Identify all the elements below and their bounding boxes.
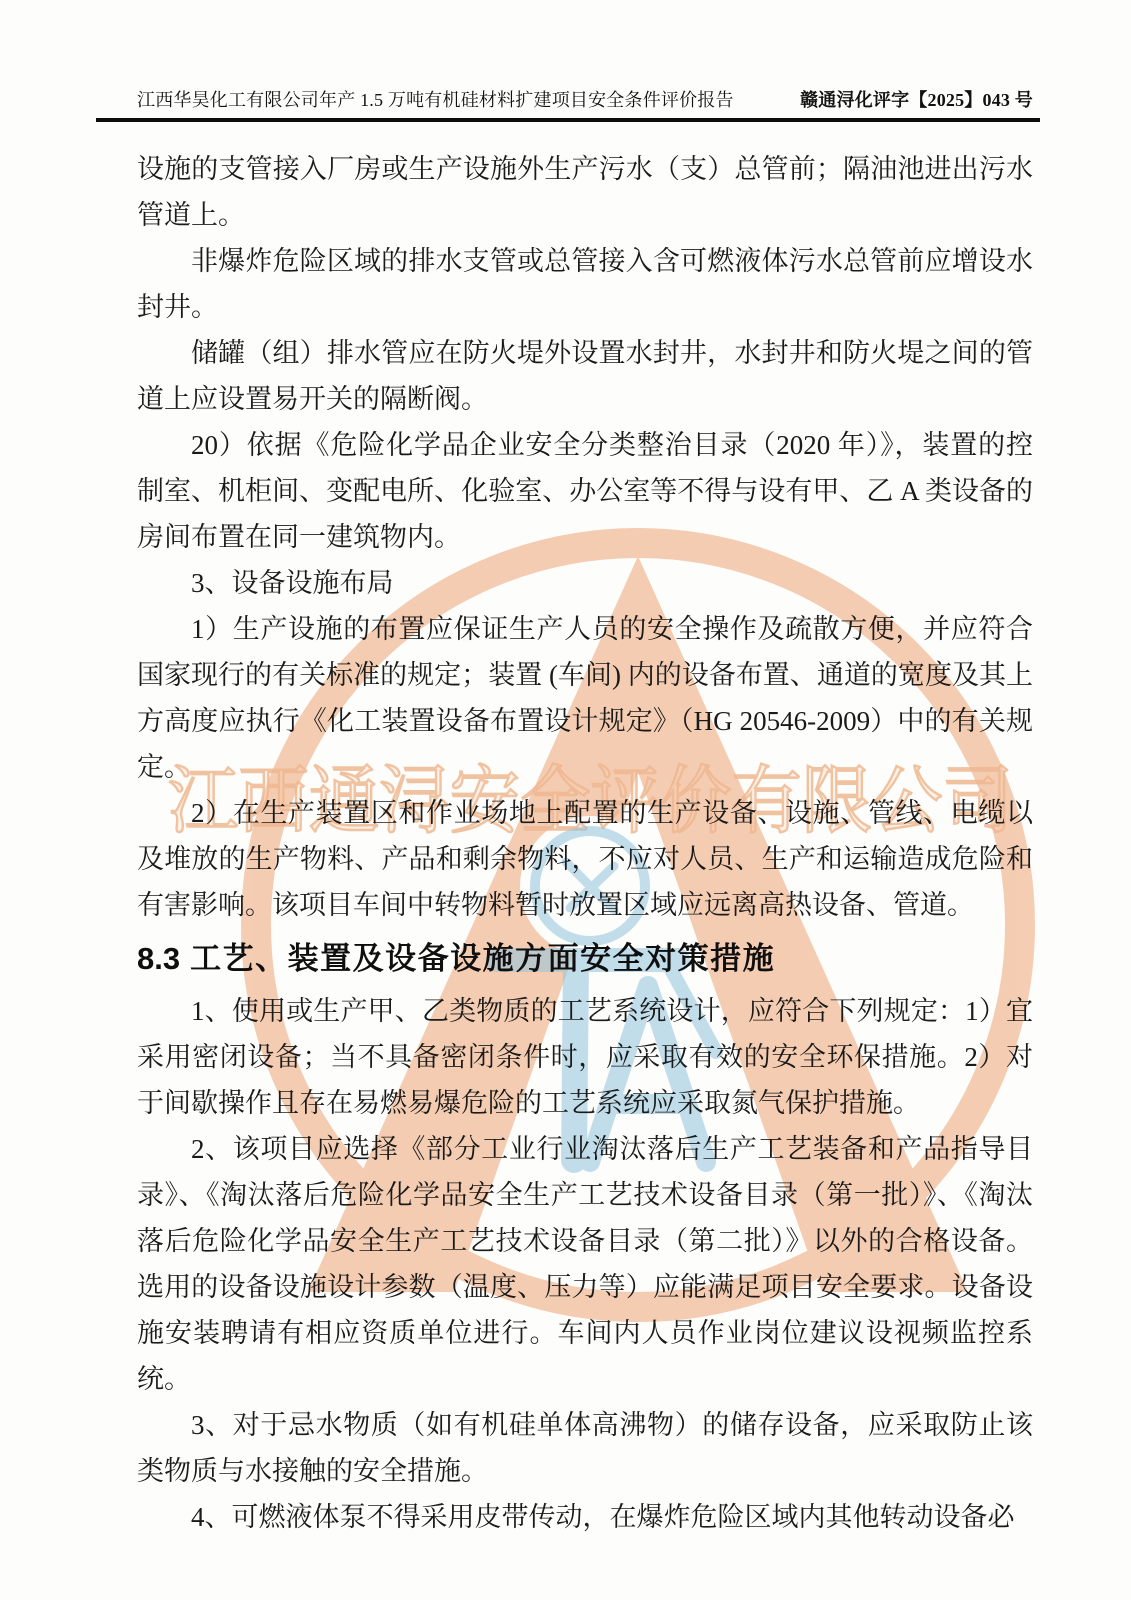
paragraph: 3、对于忌水物质（如有机硅单体高沸物）的储存设备，应采取防止该类物质与水接触的安… <box>137 1402 1033 1494</box>
paragraph: 2、该项目应选择《部分工业行业淘汰落后生产工艺装备和产品指导目录》、《淘汰落后危… <box>137 1126 1033 1402</box>
section-number: 8.3 <box>137 941 180 976</box>
paragraph: 设施的支管接入厂房或生产设施外生产污水（支）总管前；隔油池进出污水管道上。 <box>137 146 1033 238</box>
paragraph: 4、可燃液体泵不得采用皮带传动，在爆炸危险区域内其他转动设备必 <box>137 1494 1033 1540</box>
paragraph: 非爆炸危险区域的排水支管或总管接入含可燃液体污水总管前应增设水封井。 <box>137 238 1033 330</box>
paragraph: 20）依据《危险化学品企业安全分类整治目录（2020 年）》，装置的控制室、机柜… <box>137 422 1033 560</box>
header-report-title: 江西华昊化工有限公司年产 1.5 万吨有机硅材料扩建项目安全条件评价报告 <box>137 86 734 112</box>
paragraph: 储罐（组）排水管应在防火堤外设置水封井，水封井和防火堤之间的管道上应设置易开关的… <box>137 330 1033 422</box>
paragraph: 1）生产设施的布置应保证生产人员的安全操作及疏散方便，并应符合国家现行的有关标准… <box>137 606 1033 790</box>
section-heading: 8.3工艺、装置及设备设施方面安全对策措施 <box>137 934 1033 984</box>
page-header: 江西华昊化工有限公司年产 1.5 万吨有机硅材料扩建项目安全条件评价报告 赣通浔… <box>137 86 1033 112</box>
paragraph: 2）在生产装置区和作业场地上配置的生产设备、设施、管线、电缆以及堆放的生产物料、… <box>137 790 1033 928</box>
header-rule <box>96 118 1040 122</box>
document-body: 设施的支管接入厂房或生产设施外生产污水（支）总管前；隔油池进出污水管道上。 非爆… <box>137 146 1033 1540</box>
header-doc-number: 赣通浔化评字【2025】043 号 <box>800 86 1033 112</box>
paragraph: 1、使用或生产甲、乙类物质的工艺系统设计，应符合下列规定：1）宜采用密闭设备；当… <box>137 988 1033 1126</box>
section-title: 工艺、装置及设备设施方面安全对策措施 <box>190 941 775 976</box>
paragraph: 3、设备设施布局 <box>137 560 1033 606</box>
document-page: 江西通浔安全评价有限公司 江西华昊化工有限公司年产 1.5 万吨有机硅材料扩建项… <box>0 0 1131 1600</box>
